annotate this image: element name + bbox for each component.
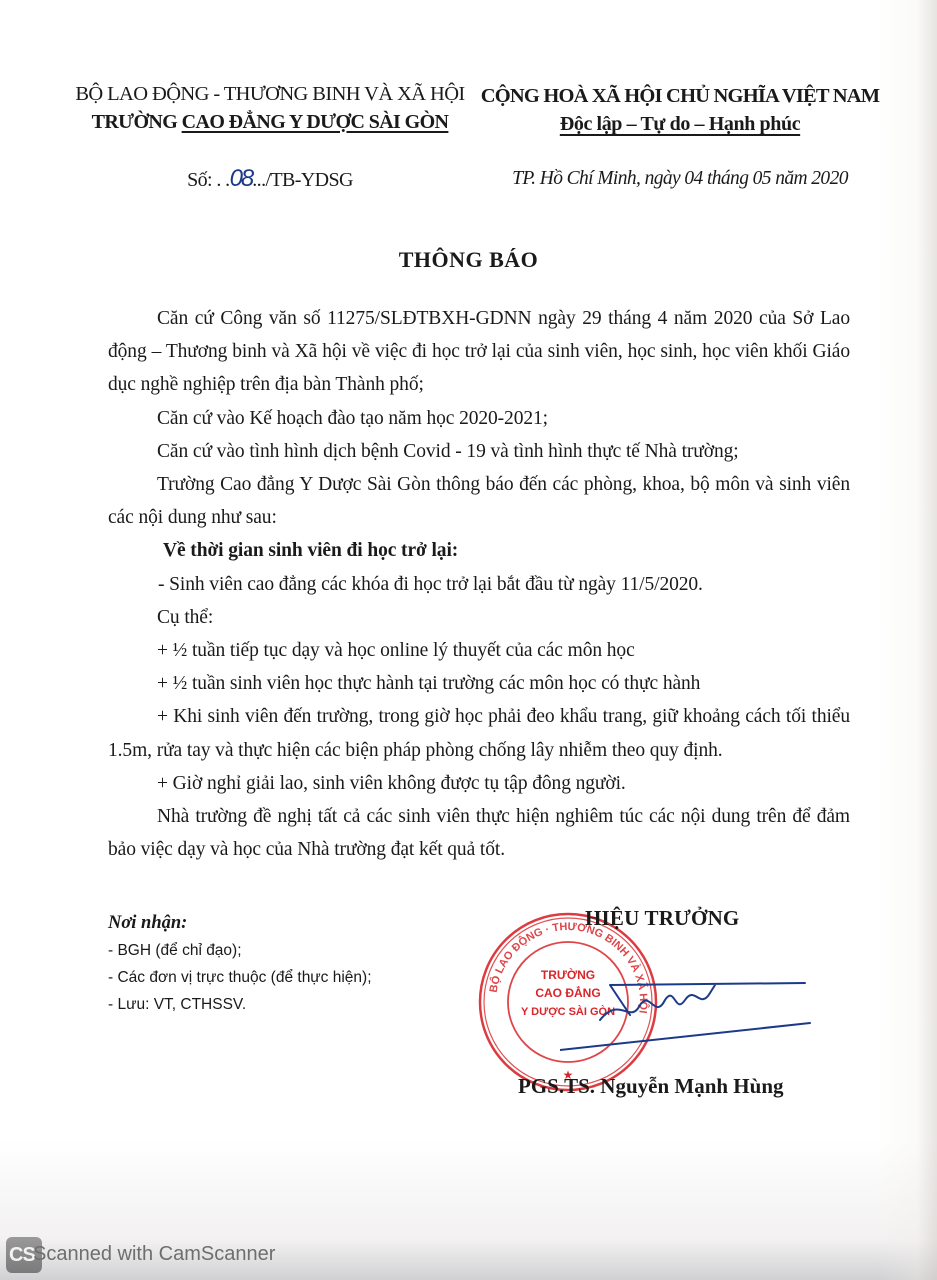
camscanner-watermark: Scanned with CamScanner <box>33 1243 275 1266</box>
paragraph-legal-basis-3: Căn cứ vào tình hình dịch bệnh Covid - 1… <box>108 435 850 468</box>
paragraph-announcement: Trường Cao đẳng Y Dược Sài Gòn thông báo… <box>108 468 850 534</box>
recipients-title: Nơi nhận: <box>108 910 488 937</box>
doc-number-suffix: .../TB-YDSG <box>252 169 353 191</box>
document-title: THÔNG BÁO <box>0 247 937 273</box>
document-number: Số: . .08.../TB-YDSG <box>60 165 480 193</box>
school-name: TRƯỜNG CAO ĐẲNG Y DƯỢC SÀI GÒN <box>60 108 480 136</box>
specifics-label: Cụ thể: <box>108 601 850 634</box>
recipients-block: Nơi nhận: - BGH (để chỉ đạo); - Các đơn … <box>108 910 488 1018</box>
handwritten-signature-icon <box>560 965 820 1055</box>
issuing-authority: BỘ LAO ĐỘNG - THƯƠNG BINH VÀ XÃ HỘI TRƯỜ… <box>60 80 480 136</box>
signatory-title: HIỆU TRƯỞNG <box>585 906 739 931</box>
school-prefix: TRƯỜNG <box>92 111 182 133</box>
paragraph-legal-basis-1: Căn cứ Công văn số 11275/SLĐTBXH-GDNN ng… <box>108 302 850 402</box>
doc-number-prefix: Số: . . <box>187 169 229 191</box>
item-start-date: - Sinh viên cao đẳng các khóa đi học trở… <box>108 568 850 601</box>
signatory-name: PGS.TS. Nguyễn Mạnh Hùng <box>518 1074 784 1099</box>
ministry-name: BỘ LAO ĐỘNG - THƯƠNG BINH VÀ XÃ HỘI <box>60 80 480 108</box>
item-practice: + ½ tuần sinh viên học thực hành tại trư… <box>108 667 850 700</box>
recipient-item: - Các đơn vị trực thuộc (để thực hiện); <box>108 964 488 991</box>
recipient-item: - BGH (để chỉ đạo); <box>108 937 488 964</box>
national-motto: Độc lập – Tự do – Hạnh phúc <box>470 110 890 138</box>
school-name-underlined: CAO ĐẲNG Y DƯỢC SÀI GÒN <box>182 111 449 133</box>
item-mask: + Khi sinh viên đến trường, trong giờ họ… <box>108 700 850 766</box>
item-online: + ½ tuần tiếp tục dạy và học online lý t… <box>108 634 850 667</box>
doc-number-handwritten: 08 <box>230 165 253 192</box>
closing-paragraph: Nhà trường đề nghị tất cả các sinh viên … <box>108 800 850 866</box>
recipient-item: - Lưu: VT, CTHSSV. <box>108 991 488 1018</box>
item-break: + Giờ nghỉ giải lao, sinh viên không đượ… <box>108 767 850 800</box>
date-line: TP. Hồ Chí Minh, ngày 04 tháng 05 năm 20… <box>470 168 890 190</box>
republic-title: CỘNG HOÀ XÃ HỘI CHỦ NGHĨA VIỆT NAM <box>470 82 890 110</box>
document-body: Căn cứ Công văn số 11275/SLĐTBXH-GDNN ng… <box>108 302 850 866</box>
paragraph-legal-basis-2: Căn cứ vào Kế hoạch đào tạo năm học 2020… <box>108 402 850 435</box>
national-header: CỘNG HOÀ XÃ HỘI CHỦ NGHĨA VIỆT NAM Độc l… <box>470 82 890 138</box>
section-heading: Về thời gian sinh viên đi học trở lại: <box>108 534 850 567</box>
